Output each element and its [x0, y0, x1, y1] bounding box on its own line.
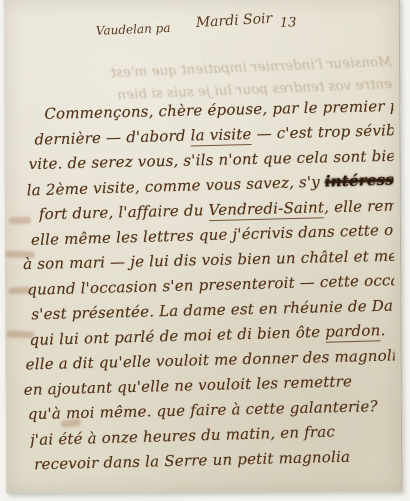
handwriting-text: — c'est trop sévible et trop — [251, 119, 393, 143]
handwriting-body: Commençons, chère épouse, par le premier… — [14, 97, 395, 474]
handwriting-text: fort dure, l'affaire du — [39, 201, 209, 223]
letter-paper: Vaudelan pa Mardi Soir 13 Monsieur l'ind… — [4, 0, 403, 493]
dateline-date: Mardi Soir — [195, 11, 272, 31]
underlined-word: pardon — [325, 321, 381, 343]
handwriting-text: recevoir dans la Serre un petit magnolia — [34, 448, 350, 474]
underlined-word: la visite — [190, 125, 251, 147]
letter-photograph: Vaudelan pa Mardi Soir 13 Monsieur l'ind… — [0, 0, 410, 501]
dateline-place: Vaudelan pa — [96, 21, 171, 38]
handwriting-text: en ajoutant qu'elle ne vouloit les remet… — [24, 372, 353, 399]
handwriting-text: , elle remet — [324, 196, 394, 216]
handwriting-text: dernière — d'abord — [34, 127, 191, 149]
dateline-number: 13 — [280, 16, 297, 31]
underlined-word: Vendredi-Saint — [208, 198, 324, 221]
ink-blot-word: intéresse — [325, 170, 394, 190]
handwriting-text: qui lui ont parlé de moi et di bien ôte — [29, 323, 325, 349]
handwriting-text: j'ai été à onze heures du matin, en frac — [30, 423, 335, 450]
handwriting-text: . — [380, 321, 385, 339]
